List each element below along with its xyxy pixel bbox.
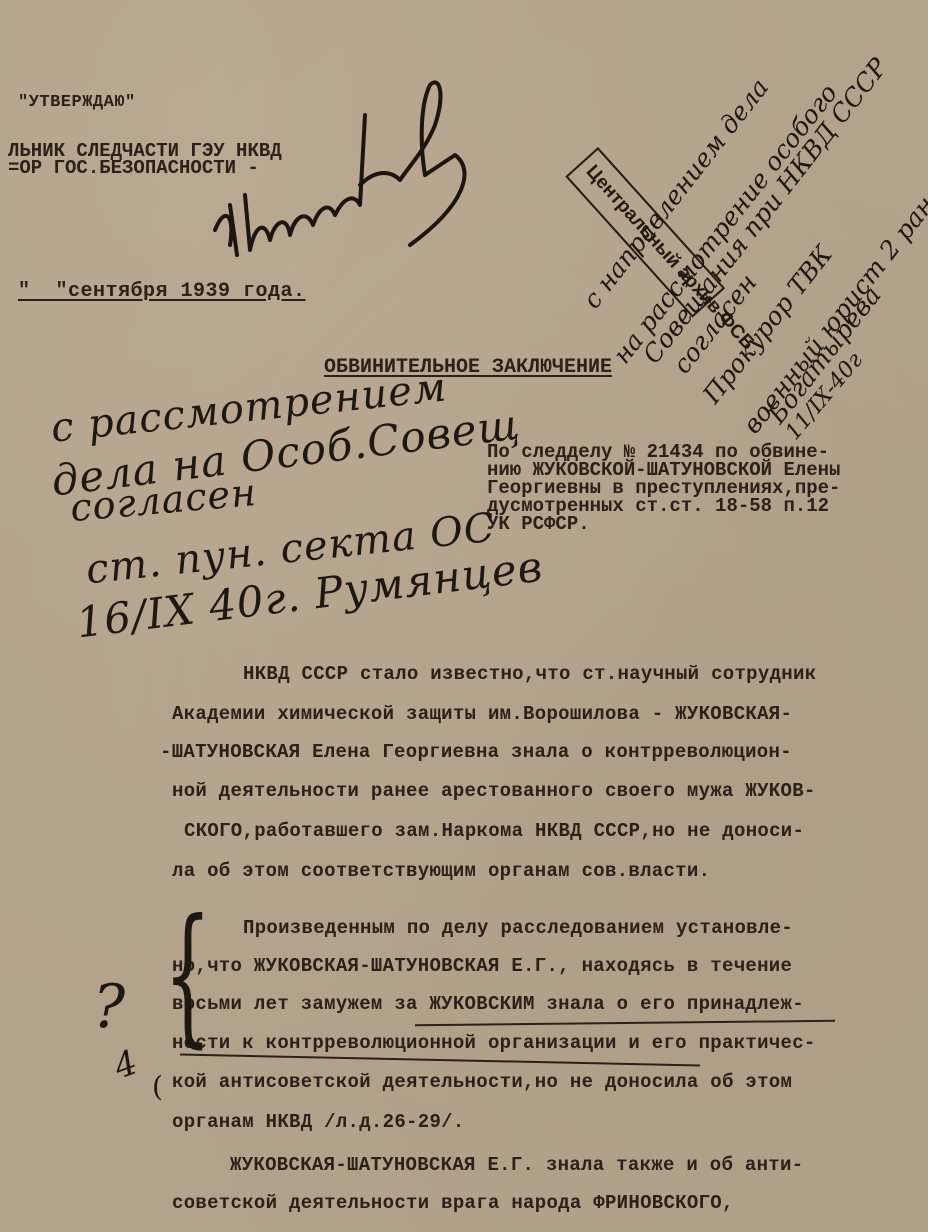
body-line: ЖУКОВСКАЯ-ШАТУНОВСКАЯ Е.Г. знала также и…	[230, 1154, 803, 1176]
body-line: но,что ЖУКОВСКАЯ-ШАТУНОВСКАЯ Е.Г., наход…	[172, 955, 792, 977]
body-line: Произведенным по делу расследованием уст…	[243, 917, 793, 939]
margin-brace-icon: {	[164, 900, 212, 1050]
body-line: восьми лет замужем за ЖУКОВСКИМ знала о …	[172, 993, 804, 1015]
body-line: советской деятельности врага народа ФРИН…	[172, 1192, 734, 1214]
case-reference-line: УК РСФСР.	[487, 515, 590, 533]
body-line: Академии химической защиты им.Ворошилова…	[172, 703, 792, 725]
diagonal-annotation: с направлением дела на рассмотрение особ…	[570, 20, 928, 440]
approval-heading: "УТВЕРЖДАЮ"	[18, 93, 136, 112]
approval-date: " "сентября 1939 года.	[18, 280, 306, 303]
body-line: ности к контрреволюционной организации и…	[172, 1032, 816, 1054]
margin-question-mark: ?	[93, 972, 125, 1042]
body-line: -ШАТУНОВСКАЯ Елена Георгиевна знала о ко…	[160, 741, 792, 763]
body-line: ла об этом соответствующим органам сов.в…	[172, 860, 710, 882]
margin-paren-icon: (	[152, 1070, 163, 1103]
body-line: ной деятельности ранее арестованного сво…	[172, 780, 816, 802]
body-line: НКВД СССР стало известно,что ст.научный …	[243, 663, 816, 685]
body-line: СКОГО,работавшего зам.Наркома НКВД СССР,…	[184, 820, 804, 842]
body-line: органам НКВД /л.д.26-29/.	[172, 1111, 465, 1133]
chief-title-line-2: =ОР ГОС.БЕЗОПАСНОСТИ -	[8, 157, 259, 179]
body-line: кой антисоветской деятельности,но не дон…	[172, 1071, 792, 1093]
